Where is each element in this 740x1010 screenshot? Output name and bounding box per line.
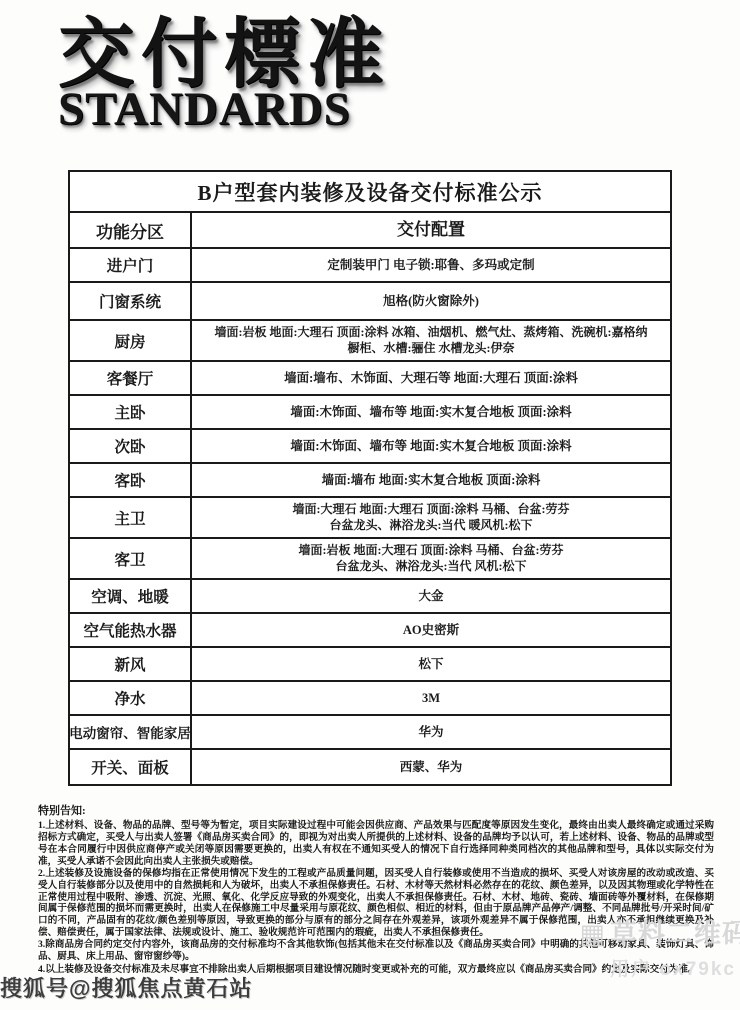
column-header-config: 交付配置	[192, 213, 670, 247]
config-value: 墙面:木饰面、墙布等 地面:实木复合地板 顶面:涂料	[192, 430, 670, 462]
qr-watermark-title: ▦草料二维码	[579, 918, 740, 950]
qr-watermark-user: 用户 ox79kc	[579, 954, 740, 981]
table-row: 净水 3M	[70, 682, 670, 716]
table-row: 空气能热水器 AO史密斯	[70, 614, 670, 648]
caoliao-logo-icon: ▦	[579, 918, 606, 950]
zone-label: 次卧	[70, 430, 192, 462]
sohu-watermark: 搜狐号@搜狐焦点黄石站	[0, 972, 252, 1003]
table-row: 进户门 定制装甲门 电子锁:耶鲁、多玛或定制	[70, 249, 670, 283]
qr-service-watermark: ▦草料二维码 用户 ox79kc	[579, 918, 740, 981]
table-title: B户型套内装修及设备交付标准公示	[70, 172, 670, 213]
table-row: 开关、面板 西蒙、华为	[70, 750, 670, 784]
zone-label: 门窗系统	[70, 283, 192, 319]
table-row: 新风 松下	[70, 648, 670, 682]
config-value: AO史密斯	[192, 614, 670, 646]
table-header-row: 功能分区 交付配置	[70, 213, 670, 249]
config-value: 墙面:墙布、木饰面、大理石等 地面:大理石 顶面:涂料	[192, 362, 670, 394]
config-value: 大金	[192, 580, 670, 612]
zone-label: 新风	[70, 648, 192, 680]
table-row: 客卧 墙面:墙布 地面:实木复合地板 顶面:涂料	[70, 464, 670, 498]
zone-label: 空气能热水器	[70, 614, 192, 646]
zone-label: 开关、面板	[70, 750, 192, 784]
document-title-block: 交付標准 STANDARDS	[58, 16, 390, 133]
table-row: 次卧 墙面:木饰面、墙布等 地面:实木复合地板 顶面:涂料	[70, 430, 670, 464]
standards-table: B户型套内装修及设备交付标准公示 功能分区 交付配置 进户门 定制装甲门 电子锁…	[68, 170, 672, 786]
zone-label: 客卫	[70, 539, 192, 578]
table-row: 客卫 墙面:岩板 地面:大理石 顶面:涂料 马桶、台盆:劳芬 台盆龙头、淋浴龙头…	[70, 539, 670, 580]
config-value: 松下	[192, 648, 670, 680]
config-value: 墙面:岩板 地面:大理石 顶面:涂料 马桶、台盆:劳芬 台盆龙头、淋浴龙头:当代…	[192, 539, 670, 578]
zone-label: 客餐厅	[70, 362, 192, 394]
table-row: 电动窗帘、智能家居 华为	[70, 716, 670, 750]
config-value: 墙面:大理石 地面:大理石 顶面:涂料 马桶、台盆:劳芬 台盆龙头、淋浴龙头:当…	[192, 498, 670, 537]
zone-label: 厨房	[70, 321, 192, 360]
delivery-standards-document: 交付標准 STANDARDS B户型套内装修及设备交付标准公示 功能分区 交付配…	[0, 0, 740, 1010]
zone-label: 空调、地暖	[70, 580, 192, 612]
config-value: 西蒙、华为	[192, 750, 670, 784]
config-value: 3M	[192, 682, 670, 714]
qr-watermark-text: 草料二维码	[610, 919, 740, 949]
title-english: STANDARDS	[58, 86, 390, 133]
column-header-zone: 功能分区	[70, 213, 192, 247]
table-row: 空调、地暖 大金	[70, 580, 670, 614]
config-value: 华为	[192, 716, 670, 748]
table-row: 主卧 墙面:木饰面、墙布等 地面:实木复合地板 顶面:涂料	[70, 396, 670, 430]
zone-label: 主卧	[70, 396, 192, 428]
notice-heading: 特别告知:	[38, 805, 714, 818]
zone-label: 净水	[70, 682, 192, 714]
config-value: 墙面:木饰面、墙布等 地面:实木复合地板 顶面:涂料	[192, 396, 670, 428]
table-row: 厨房 墙面:岩板 地面:大理石 顶面:涂料 冰箱、油烟机、燃气灶、蒸烤箱、洗碗机…	[70, 321, 670, 362]
zone-label: 主卫	[70, 498, 192, 537]
table-row: 主卫 墙面:大理石 地面:大理石 顶面:涂料 马桶、台盆:劳芬 台盆龙头、淋浴龙…	[70, 498, 670, 539]
config-value: 墙面:岩板 地面:大理石 顶面:涂料 冰箱、油烟机、燃气灶、蒸烤箱、洗碗机:嘉格…	[192, 321, 670, 360]
table-row: 门窗系统 旭格(防火窗除外)	[70, 283, 670, 321]
table-row: 客餐厅 墙面:墙布、木饰面、大理石等 地面:大理石 顶面:涂料	[70, 362, 670, 396]
notice-item-1: 1.上述材料、设备、物品的品牌、型号等为暂定，项目实际建设过程中可能会因供应商、…	[38, 820, 714, 867]
zone-label: 电动窗帘、智能家居	[70, 716, 192, 748]
config-value: 旭格(防火窗除外)	[192, 283, 670, 319]
zone-label: 进户门	[70, 249, 192, 281]
config-value: 定制装甲门 电子锁:耶鲁、多玛或定制	[192, 249, 670, 281]
zone-label: 客卧	[70, 464, 192, 496]
config-value: 墙面:墙布 地面:实木复合地板 顶面:涂料	[192, 464, 670, 496]
